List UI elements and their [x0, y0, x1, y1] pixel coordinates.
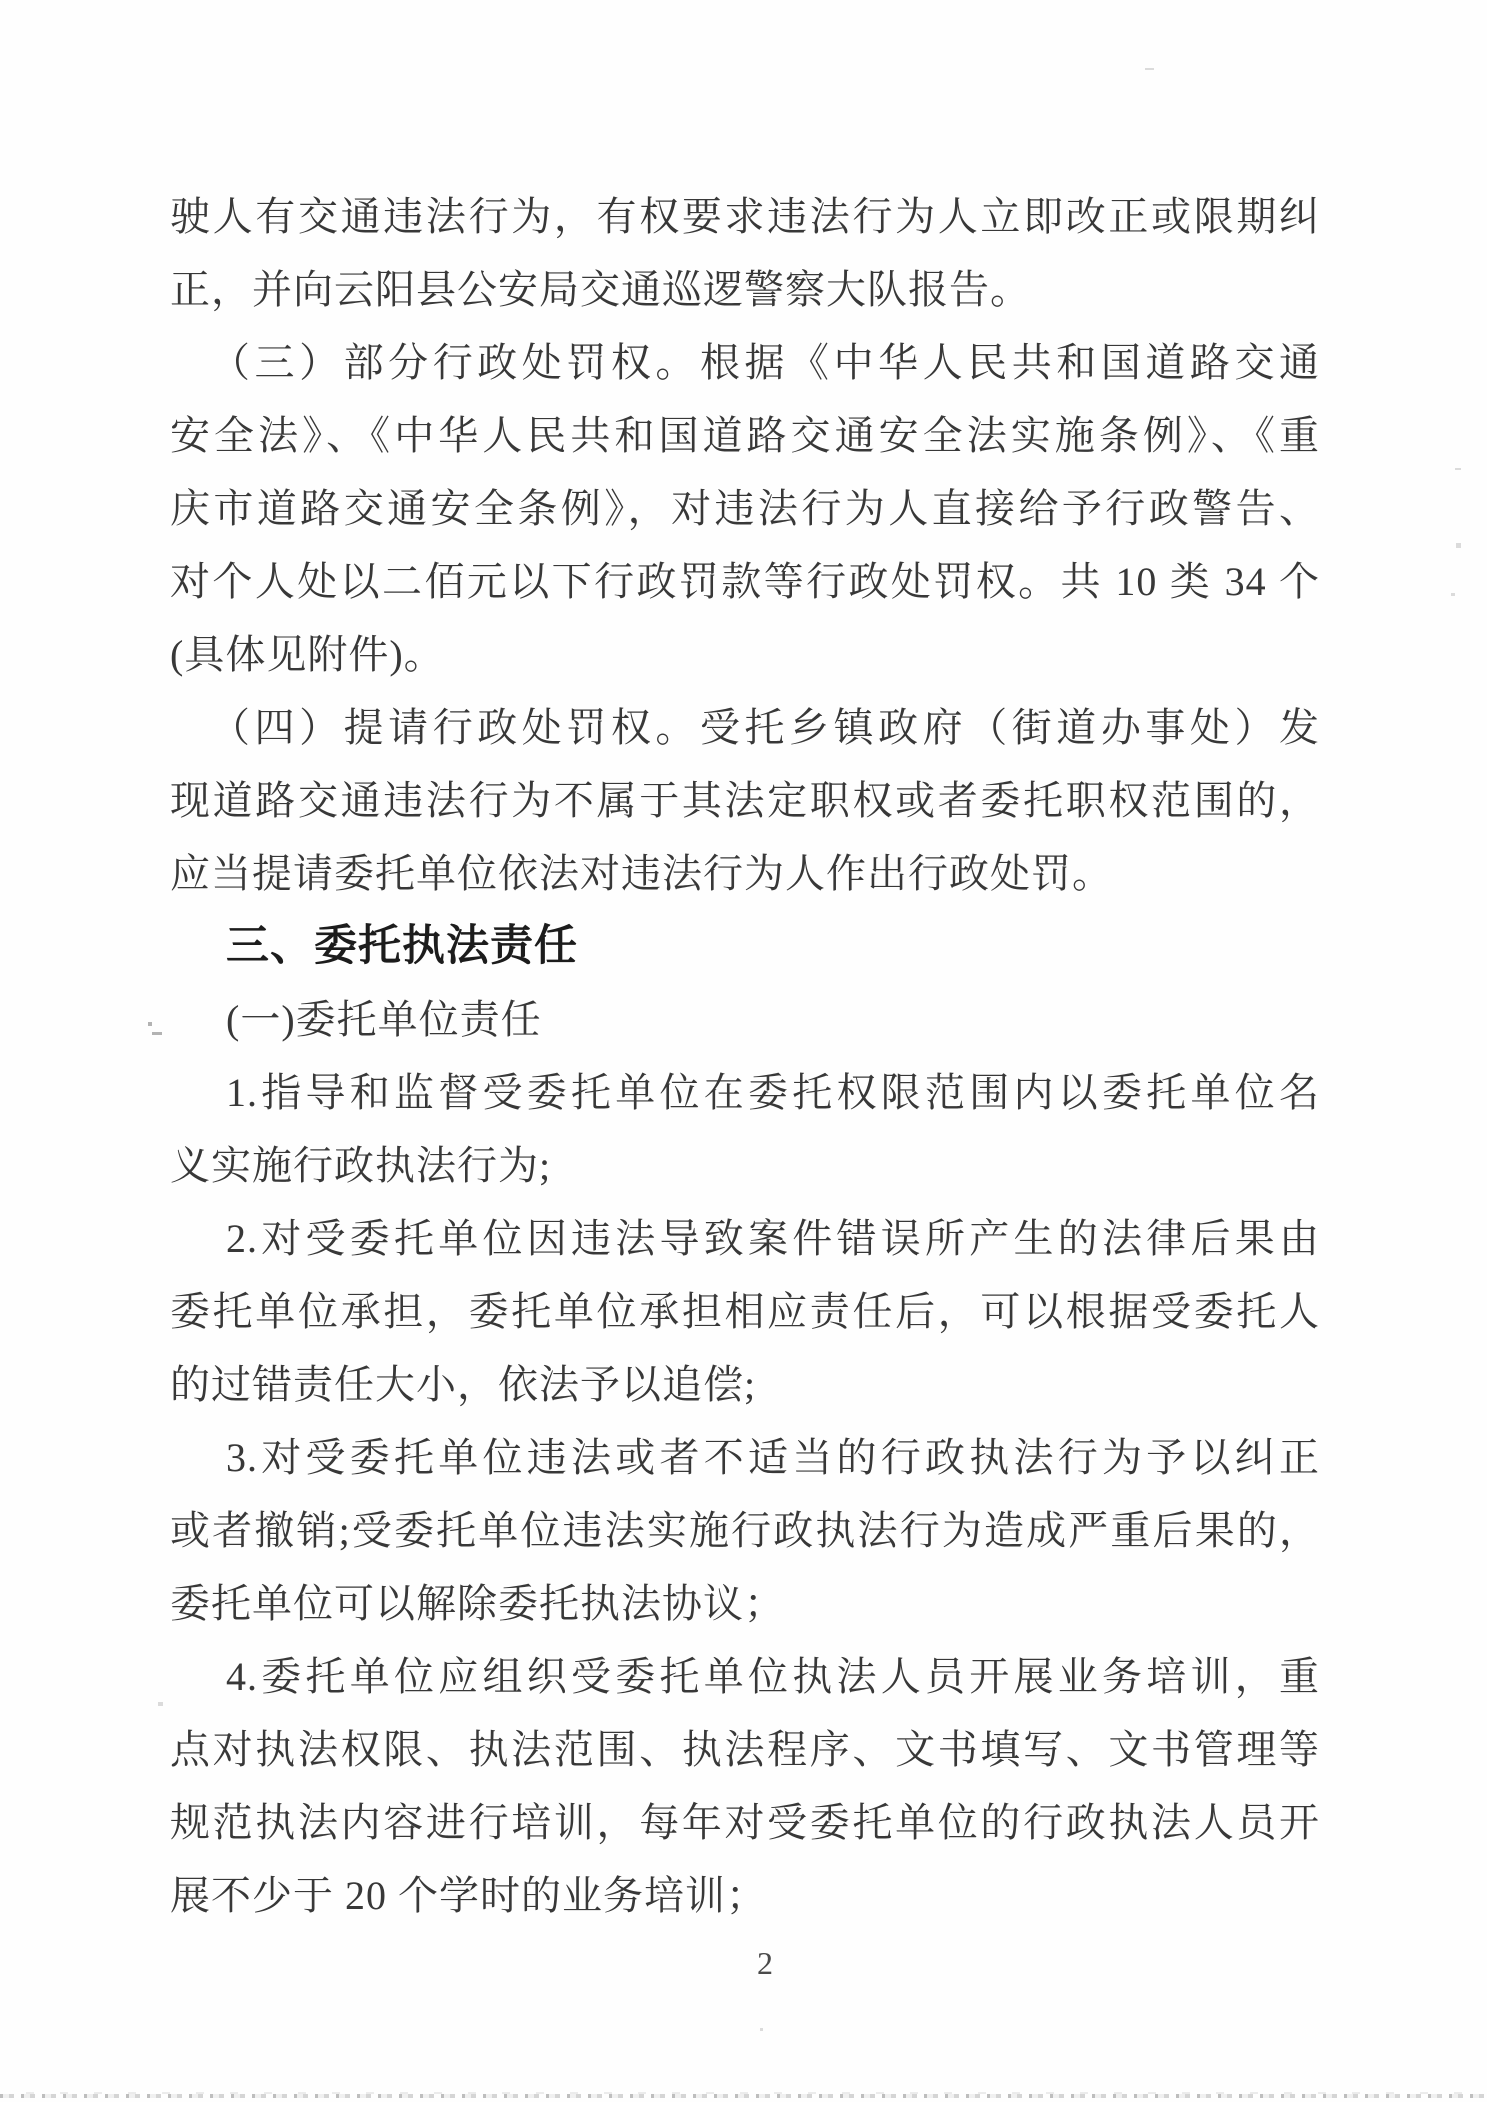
text-line: 应当提请委托单位依法对违法行为人作出行政处罚。 — [170, 837, 1320, 910]
text-line: 1.指导和监督受委托单位在委托权限范围内以委托单位名 — [170, 1056, 1320, 1129]
text-line: 义实施行政执法行为; — [170, 1129, 1320, 1202]
scan-speck — [1145, 68, 1154, 70]
scan-speck — [158, 1702, 163, 1706]
scan-speck — [1455, 468, 1461, 470]
text-line: 展不少于 20 个学时的业务培训； — [170, 1859, 1320, 1932]
text-line: (具体见附件)。 — [170, 618, 1320, 691]
text-line: 现道路交通违法行为不属于其法定职权或者委托职权范围的， — [170, 764, 1320, 837]
text-line: 驶人有交通违法行为，有权要求违法行为人立即改正或限期纠 — [170, 180, 1320, 253]
text-line: (一)委托单位责任 — [170, 983, 1320, 1056]
text-line: 或者撤销;受委托单位违法实施行政执法行为造成严重后果的， — [170, 1494, 1320, 1567]
text-line: 规范执法内容进行培训，每年对受委托单位的行政执法人员开 — [170, 1786, 1320, 1859]
section-heading: 三、委托执法责任 — [170, 910, 1320, 983]
text-line: （三）部分行政处罚权。根据《中华人民共和国道路交通 — [170, 326, 1320, 399]
text-line: 安全法》、《中华人民共和国道路交通安全法实施条例》、《重 — [170, 399, 1320, 472]
scan-speck — [152, 1032, 162, 1035]
document-body-text: 驶人有交通违法行为，有权要求违法行为人立即改正或限期纠正，并向云阳县公安局交通巡… — [170, 180, 1320, 1932]
scan-speck — [760, 2028, 763, 2031]
text-line: 委托单位承担，委托单位承担相应责任后，可以根据受委托人 — [170, 1275, 1320, 1348]
page-number: 2 — [170, 1945, 1360, 1982]
scan-speck — [1456, 543, 1461, 548]
text-line: 对个人处以二佰元以下行政罚款等行政处罚权。共 10 类 34 个 — [170, 545, 1320, 618]
text-line: 的过错责任大小，依法予以追偿; — [170, 1348, 1320, 1421]
scan-speck — [148, 1022, 152, 1026]
text-line: 点对执法权限、执法范围、执法程序、文书填写、文书管理等 — [170, 1713, 1320, 1786]
text-line: 正，并向云阳县公安局交通巡逻警察大队报告。 — [170, 253, 1320, 326]
scan-noise-strip — [0, 2094, 1487, 2098]
text-line: 3.对受委托单位违法或者不适当的行政执法行为予以纠正 — [170, 1421, 1320, 1494]
text-line: 4.委托单位应组织受委托单位执法人员开展业务培训，重 — [170, 1640, 1320, 1713]
text-line: 2.对受委托单位因违法导致案件错误所产生的法律后果由 — [170, 1202, 1320, 1275]
text-line: （四）提请行政处罚权。受托乡镇政府（街道办事处）发 — [170, 691, 1320, 764]
text-line: 委托单位可以解除委托执法协议； — [170, 1567, 1320, 1640]
scanned-document-page: 驶人有交通违法行为，有权要求违法行为人立即改正或限期纠正，并向云阳县公安局交通巡… — [0, 0, 1487, 2102]
text-line: 庆市道路交通安全条例》，对违法行为人直接给予行政警告、 — [170, 472, 1320, 545]
scan-speck — [1451, 593, 1455, 596]
